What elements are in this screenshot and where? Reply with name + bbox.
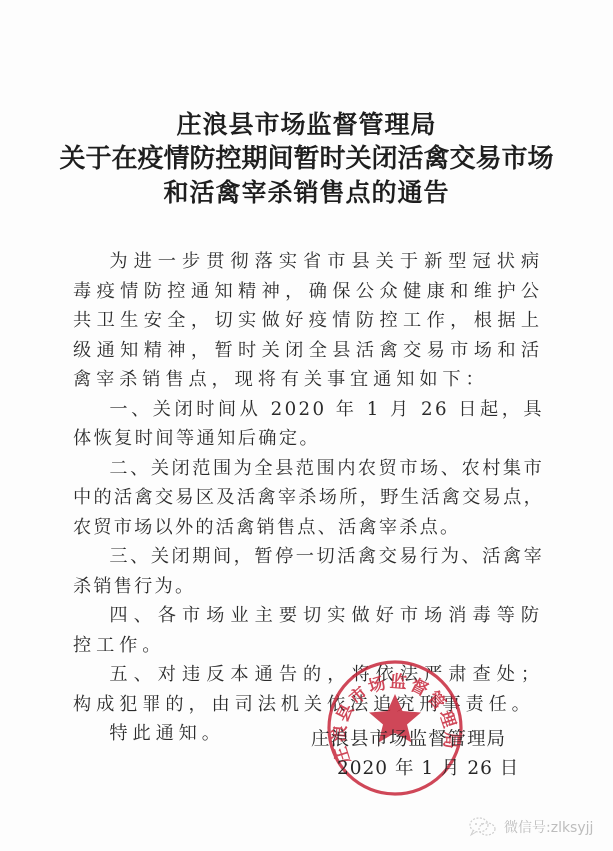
title-line-issuer: 庄浪县市场监督管理局 [0, 108, 613, 142]
notice-page: 庄浪县市场监督管理局 关于在疫情防控期间暂时关闭活禽交易市场 和活禽宰杀销售点的… [0, 0, 613, 851]
item-3-paragraph: 三、关闭期间，暂停一切活禽交易行为、活禽宰杀销售行为。 [73, 542, 544, 601]
intro-paragraph: 为进一步贯彻落实省市县关于新型冠状病毒疫情防控通知精神，确保公众健康和维护公共卫… [73, 247, 544, 395]
watermark-text: 微信号:zlksyjj [504, 817, 593, 837]
notice-body: 为进一步贯彻落实省市县关于新型冠状病毒疫情防控通知精神，确保公众健康和维护公共卫… [73, 247, 544, 749]
title-line-subject: 关于在疫情防控期间暂时关闭活禽交易市场 [0, 142, 613, 176]
notice-title: 庄浪县市场监督管理局 关于在疫情防控期间暂时关闭活禽交易市场 和活禽宰杀销售点的… [0, 108, 613, 210]
signature-date: 2020 年 1 月 26 日 [337, 757, 519, 781]
item-2-paragraph: 二、关闭范围为全县范围内农贸市场、农村集市中的活禽交易区及活禽宰杀场所，野生活禽… [73, 454, 544, 543]
signature-issuer: 庄浪县市场监督管理局 [311, 728, 506, 752]
wechat-icon [468, 815, 498, 839]
title-line-subject-cont: 和活禽宰杀销售点的通告 [0, 176, 613, 210]
item-4-paragraph: 四、各市场业主要切实做好市场消毒等防控工作。 [73, 601, 544, 660]
item-1-paragraph: 一、关闭时间从 2020 年 1 月 26 日起，具体恢复时间等通知后确定。 [73, 395, 544, 454]
item-5-paragraph: 五、对违反本通告的，将依法严肃查处；构成犯罪的，由司法机关依法追究刑事责任。 [73, 660, 544, 719]
wechat-watermark: 微信号:zlksyjj [468, 814, 593, 840]
